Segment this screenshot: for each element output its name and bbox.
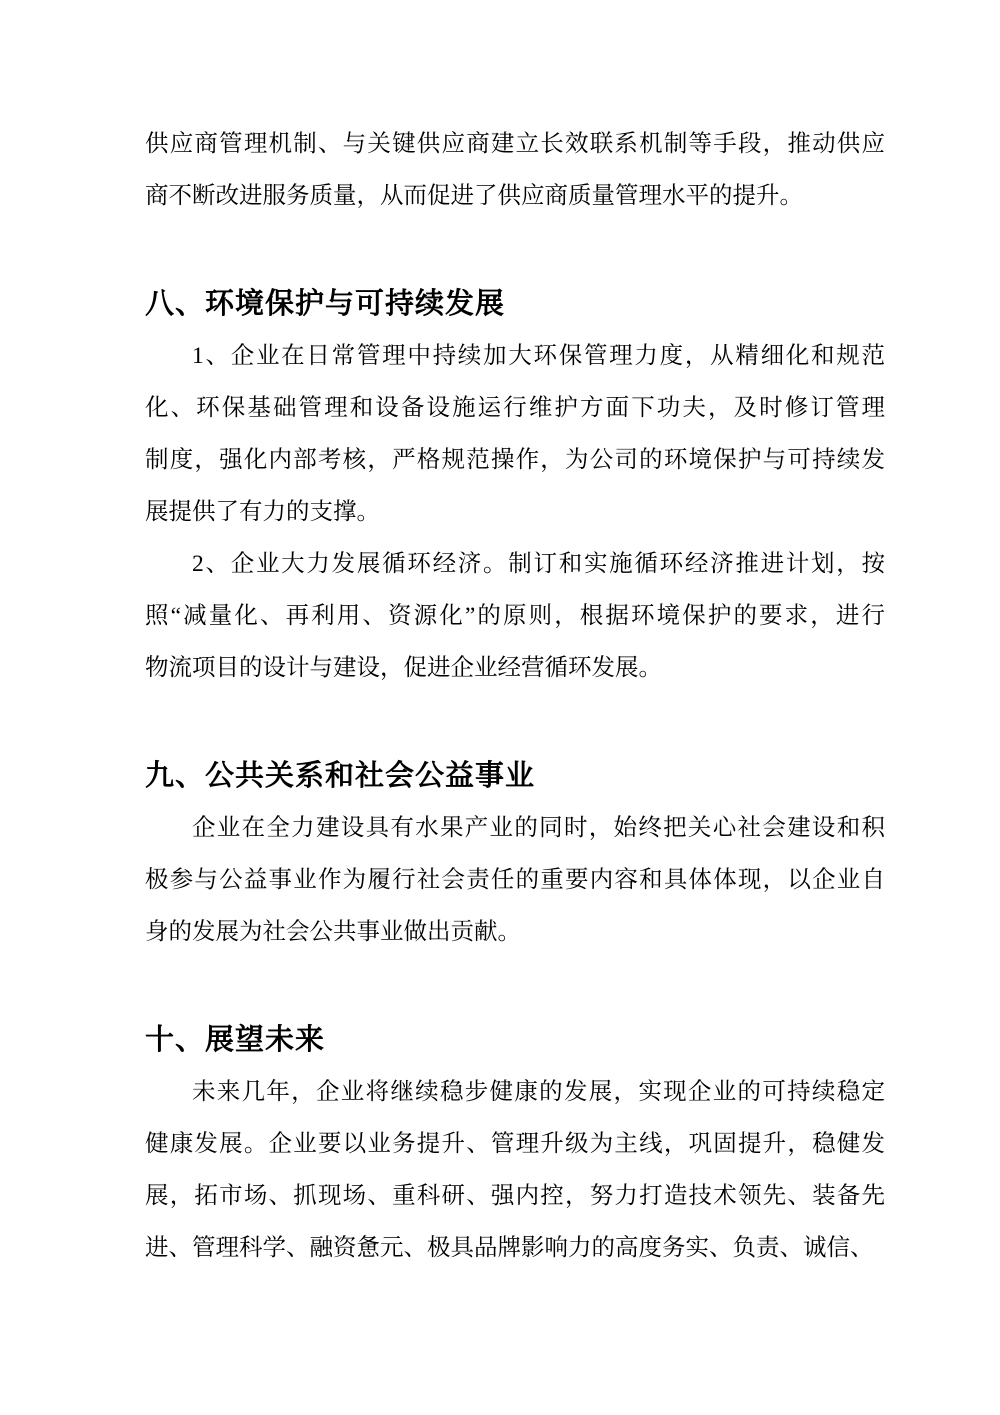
paragraph-environment-1: 1、企业在日常管理中持续加大环保管理力度，从精细化和规范 化、环保基础管理和设备… <box>145 330 885 538</box>
paragraph-line: 进、管理科学、融资惫元、极具品牌影响力的高度务实、负责、诚信、 <box>145 1222 885 1274</box>
paragraph-line: 制度，强化内部考核，严格规范操作，为公司的环境保护与可持续发 <box>145 434 885 486</box>
paragraph-line: 照“减量化、再利用、资源化”的原则，根据环境保护的要求，进行 <box>145 590 885 642</box>
paragraph-line: 企业在全力建设具有水果产业的同时，始终把关心社会建设和积 <box>145 802 885 854</box>
section-heading-public-relations: 九、公共关系和社会公益事业 <box>145 750 885 802</box>
document-page: 供应商管理机制、与关键供应商建立长效联系机制等手段，推动供应 商不断改进服务质量… <box>0 0 1000 1415</box>
paragraph-line: 供应商管理机制、与关键供应商建立长效联系机制等手段，推动供应 <box>145 118 885 170</box>
paragraph-future-outlook: 未来几年，企业将继续稳步健康的发展，实现企业的可持续稳定 健康发展。企业要以业务… <box>145 1066 885 1274</box>
paragraph-line: 健康发展。企业要以业务提升、管理升级为主线，巩固提升，稳健发 <box>145 1118 885 1170</box>
paragraph-environment-2: 2、企业大力发展循环经济。制订和实施循环经济推进计划，按 照“减量化、再利用、资… <box>145 538 885 694</box>
section-heading-future-outlook: 十、展望未来 <box>145 1014 885 1066</box>
paragraph-line: 未来几年，企业将继续稳步健康的发展，实现企业的可持续稳定 <box>145 1066 885 1118</box>
paragraph-line: 商不断改进服务质量，从而促进了供应商质量管理水平的提升。 <box>145 170 885 222</box>
section-heading-environment: 八、环境保护与可持续发展 <box>145 278 885 330</box>
paragraph-line: 展提供了有力的支撑。 <box>145 486 885 538</box>
paragraph-line: 身的发展为社会公共事业做出贡献。 <box>145 906 885 958</box>
paragraph-line: 1、企业在日常管理中持续加大环保管理力度，从精细化和规范 <box>145 330 885 382</box>
paragraph-line: 2、企业大力发展循环经济。制订和实施循环经济推进计划，按 <box>145 538 885 590</box>
paragraph-line: 展，拓市场、抓现场、重科研、强内控，努力打造技术领先、装备先 <box>145 1170 885 1222</box>
paragraph-line: 物流项目的设计与建设，促进企业经营循环发展。 <box>145 642 885 694</box>
paragraph-line: 化、环保基础管理和设备设施运行维护方面下功夫，及时修订管理 <box>145 382 885 434</box>
paragraph-supplier-quality: 供应商管理机制、与关键供应商建立长效联系机制等手段，推动供应 商不断改进服务质量… <box>145 118 885 222</box>
paragraph-line: 极参与公益事业作为履行社会责任的重要内容和具体体现，以企业自 <box>145 854 885 906</box>
paragraph-public-welfare: 企业在全力建设具有水果产业的同时，始终把关心社会建设和积 极参与公益事业作为履行… <box>145 802 885 958</box>
